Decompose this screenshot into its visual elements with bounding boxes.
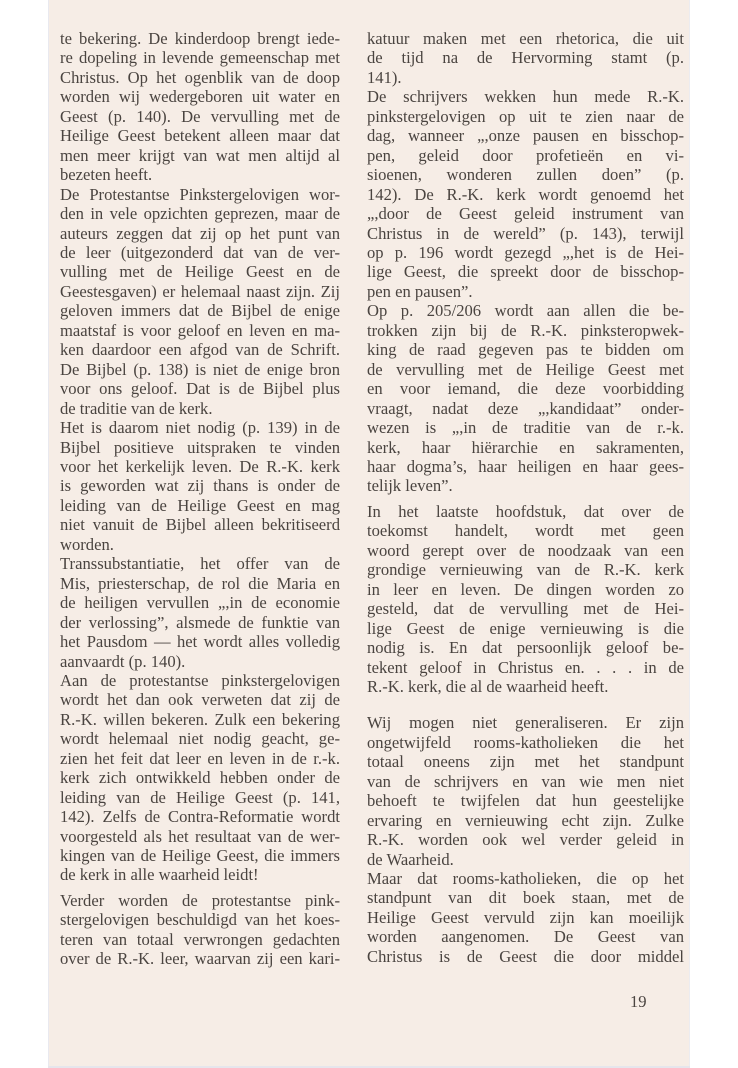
text-line: De Protestantse Pinkstergelovigen wor- [60,185,340,204]
text-line: geloven immers dat de Bijbel de enige [60,301,340,320]
text-line: voor het kerkelijk leven. De R.-K. kerk [60,457,340,476]
text-line: lige Geest, die spreekt door de bisschop… [367,262,684,281]
text-line: ken daardoor een afgod van de Schrift. [60,340,340,359]
text-line: wordt het dan ook verweten dat zij de [60,690,340,709]
text-line: Aan de protestantse pinkstergelovigen [60,671,340,690]
paragraph: Op p. 205/206 wordt aan allen die be- tr… [367,301,684,496]
text-line: vraagt, nadat deze „,kandidaat” onder- [367,399,684,418]
text-line: leiding van de Heilige Geest (p. 141, [60,788,340,807]
text-line: kerk zich ontwikkeld hebben onder de [60,768,340,787]
text-line: nodig is. En dat persoonlijk geloof be- [367,638,684,657]
text-line: de heiligen vervullen „,in de economie [60,593,340,612]
text-line: Christus. Op het ogenblik van de doop [60,68,340,87]
text-line: den in vele opzichten geprezen, maar de [60,204,340,223]
text-line: telijk leven”. [367,476,684,495]
text-line: 142). De R.-K. kerk wordt genoemd het [367,185,684,204]
paragraph: In het laatste hoofdstuk, dat over de to… [367,502,684,697]
text-line: van de schrijvers en van wie men niet [367,772,684,791]
text-line: worden. [60,535,340,554]
text-line: de leer (uitgezonderd dat van de ver- [60,243,340,262]
paragraph: De schrijvers wekken hun mede R.-K. pink… [367,87,684,301]
text-line: over de R.-K. leer, waarvan zij een kari… [60,949,340,968]
text-line: pen en pausen”. [367,282,684,301]
scanned-page: te bekering. De kinderdoop brengt iede- … [48,0,690,1066]
text-line: „,door de Geest geleid instrument van [367,204,684,223]
text-line: ervaring en vernieuwing echt zijn. Zulke [367,811,684,830]
text-line: Christus in de wereld” (p. 143), terwijl [367,224,684,243]
text-line: de Waarheid. [367,850,684,869]
text-line: kerk, haar hiërarchie en sakramenten, [367,438,684,457]
text-line: Geestesgaven) er helemaal naast zijn. Zi… [60,282,340,301]
text-line: leiding van de Heilige Geest en mag [60,496,340,515]
text-line: dag, wanneer „,onze pausen en bisschop- [367,126,684,145]
text-line: R.-K. worden ook wel verder geleid in [367,830,684,849]
text-line: trokken zijn bij de R.-K. pinksteropwek- [367,321,684,340]
text-line: op p. 196 wordt gezegd „,het is de Hei- [367,243,684,262]
paragraph: Het is daarom niet nodig (p. 139) in de … [60,418,340,554]
text-line: maatstaf is voor geloof en leven en ma- [60,321,340,340]
paragraph: Aan de protestantse pinkstergelovigen wo… [60,671,340,885]
text-line: De schrijvers wekken hun mede R.-K. [367,87,684,106]
text-line: Transsubstantiatie, het offer van de [60,554,340,573]
text-line: In het laatste hoofdstuk, dat over de [367,502,684,521]
text-line: Geest (p. 140). De vervulling met de [60,107,340,126]
text-line: 141). [367,68,684,87]
text-line: Mis, priesterschap, de rol die Maria en [60,574,340,593]
page-number: 19 [630,992,647,1012]
paragraph: Maar dat rooms-katholieken, die op het s… [367,869,684,966]
text-line: stergelovigen beschuldigd van het koes- [60,910,340,929]
text-line: auteurs zeggen dat zij op het punt van [60,224,340,243]
text-line: kingen van de Heilige Geest, die immers [60,846,340,865]
text-line: teren van totaal verwrongen gedachten [60,930,340,949]
text-line: pen, geleid door profetieën en vi- [367,146,684,165]
right-column: katuur maken met een rhetorica, die uit … [367,29,684,966]
text-line: in leer en leven. De dingen worden zo [367,580,684,599]
text-line: der verlossing”, alsmede de funktie van [60,613,340,632]
text-line: Het is daarom niet nodig (p. 139) in de [60,418,340,437]
text-line: is geworden wat zij thans is onder de [60,476,340,495]
text-line: wezen is „,in de traditie van de r.-k. [367,418,684,437]
text-line: de traditie van de kerk. [60,399,340,418]
text-line: Heilige Geest betekent alleen maar dat [60,126,340,145]
text-line: aanvaardt (p. 140). [60,652,340,671]
text-line: en voor iemand, die deze voorbidding [367,379,684,398]
text-line: Verder worden de protestantse pink- [60,891,340,910]
text-line: toekomst handelt, wordt met geen [367,521,684,540]
text-line: de tijd na de Hervorming stamt (p. [367,48,684,67]
text-line: Heilige Geest vervuld zijn kan moeilijk [367,908,684,927]
paragraph: Wij mogen niet generaliseren. Er zijn on… [367,713,684,869]
text-line: lige Geest de enige vernieuwing is die [367,619,684,638]
paragraph: katuur maken met een rhetorica, die uit … [367,29,684,87]
text-line: worden wij wedergeboren uit water en [60,87,340,106]
text-line: pinkstergelovigen op uit te zien naar de [367,107,684,126]
text-line: de kerk in alle waarheid leidt! [60,865,340,884]
text-line: gesteld, dat de vervulling met de Hei- [367,599,684,618]
paragraph: Transsubstantiatie, het offer van de Mis… [60,554,340,671]
text-line: vulling met de Heilige Geest en de [60,262,340,281]
text-line: voor ons geloof. Dat is de Bijbel plus [60,379,340,398]
text-line: grondige vernieuwing van de R.-K. kerk [367,560,684,579]
text-line: voorgesteld als het resultaat van de wer… [60,827,340,846]
paragraph: De Protestantse Pinkstergelovigen wor- d… [60,185,340,418]
text-line: niet vanuit de Bijbel alleen bekritiseer… [60,515,340,534]
text-line: ongetwijfeld rooms-katholieken die het [367,733,684,752]
text-line: Wij mogen niet generaliseren. Er zijn [367,713,684,732]
text-line: Op p. 205/206 wordt aan allen die be- [367,301,684,320]
text-line: het Pausdom — het wordt alles volledig [60,632,340,651]
text-line: standpunt van dit boek staan, met de [367,888,684,907]
text-line: De Bijbel (p. 138) is niet de enige bron [60,360,340,379]
text-line: de vervulling met de Heilige Geest met [367,360,684,379]
text-line: R.-K. kerk, die al de waarheid heeft. [367,677,684,696]
text-line: Christus is de Geest die door middel [367,947,684,966]
text-line: men meer krijgt van wat men altijd al [60,146,340,165]
text-line: worden aangenomen. De Geest van [367,927,684,946]
text-line: king de raad gegeven pas te bidden om [367,340,684,359]
paragraph: Verder worden de protestantse pink- ster… [60,891,340,969]
text-line: woord gerept over de noodzaak van een [367,541,684,560]
text-line: re dopeling in levende gemeenschap met [60,48,340,67]
text-line: Maar dat rooms-katholieken, die op het [367,869,684,888]
text-line: tekent geloof in Christus en. . . . in d… [367,658,684,677]
text-line: behoeft te twijfelen dat hun geestelijke [367,791,684,810]
text-line: Bijbel positieve uitspraken te vinden [60,438,340,457]
text-line: wordt helemaal niet nodig geacht, ge- [60,729,340,748]
text-line: sioenen, wonderen zullen doen” (p. [367,165,684,184]
text-line: zien het feit dat leer en leven in de r.… [60,749,340,768]
text-line: te bekering. De kinderdoop brengt iede- [60,29,340,48]
paragraph: te bekering. De kinderdoop brengt iede- … [60,29,340,185]
text-line: bezeten heeft. [60,165,340,184]
text-line: haar dogma’s, haar heiligen en haar gees… [367,457,684,476]
text-line: totaal oneens zijn met het standpunt [367,752,684,771]
text-line: R.-K. willen bekeren. Zulk een bekering [60,710,340,729]
text-line: 142). Zelfs de Contra-Reformatie wordt [60,807,340,826]
left-column: te bekering. De kinderdoop brengt iede- … [60,29,340,969]
text-line: katuur maken met een rhetorica, die uit [367,29,684,48]
